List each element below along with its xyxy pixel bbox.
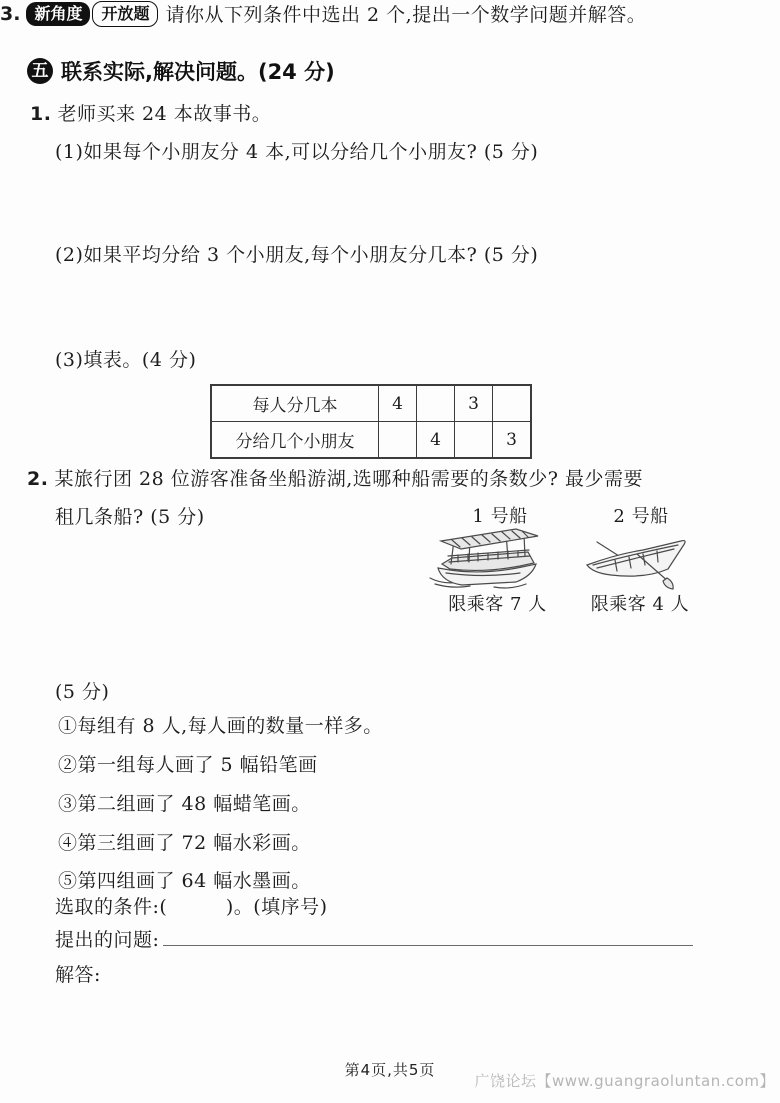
boat-2-label: 2 号船	[596, 504, 686, 530]
condition-item-2: ②第一组每人画了 5 幅铅笔画	[58, 752, 318, 778]
question-3-score: (5 分)	[55, 679, 109, 705]
solution-label: 解答:	[55, 962, 101, 988]
table-cell: 3	[455, 385, 493, 422]
question-3-line-1: 3. 新角度 开放题 请你从下列条件中选出 2 个,提出一个数学问题并解答。	[0, 0, 780, 27]
table-cell-blank	[493, 385, 532, 422]
question-3-number: 3.	[0, 3, 20, 25]
proposed-question-label: 提出的问题:	[55, 929, 159, 951]
worksheet-page: 五 联系实际,解决问题。(24 分) 1.老师买来 24 本故事书。 (1)如果…	[0, 0, 780, 1103]
table-row: 分给几个小朋友 4 3	[211, 422, 531, 459]
boat-1-capacity: 限乘客 7 人	[440, 592, 555, 618]
table-cell: 3	[493, 422, 532, 459]
open-question-badge: 开放题	[92, 1, 158, 27]
table-cell-blank	[455, 422, 493, 459]
selected-conditions-line: 选取的条件:( )。(填序号)	[55, 894, 328, 920]
question-2-text: 某旅行团 28 位游客准备坐船游湖,选哪种船需要的条数少? 最少需要	[54, 468, 643, 490]
table-cell: 4	[379, 385, 417, 422]
new-angle-badge: 新角度	[26, 2, 90, 26]
canopy-boat-drawing	[428, 526, 546, 592]
condition-item-4: ④第三组画了 72 幅水彩画。	[58, 830, 311, 856]
table-row: 每人分几本 4 3	[211, 385, 531, 422]
condition-item-3: ③第二组画了 48 幅蜡笔画。	[58, 791, 311, 817]
condition-item-5: ⑤第四组画了 64 幅水墨画。	[58, 868, 311, 894]
condition-item-1: ①每组有 8 人,每人画的数量一样多。	[58, 713, 383, 739]
table-cell-blank	[379, 422, 417, 459]
section-title: 联系实际,解决问题。(24 分)	[61, 56, 335, 86]
question-2-line-1: 2.某旅行团 28 位游客准备坐船游湖,选哪种船需要的条数少? 最少需要	[27, 466, 643, 492]
canopy-boat-illustration	[428, 526, 546, 596]
question-1-part-1: (1)如果每个小朋友分 4 本,可以分给几个小朋友? (5 分)	[55, 139, 538, 165]
boat-2-capacity: 限乘客 4 人	[585, 592, 695, 618]
table-cell: 4	[417, 422, 455, 459]
answer-blank-line	[163, 926, 693, 946]
question-1-part-3: (3)填表。(4 分)	[55, 347, 196, 373]
question-3-text: 请你从下列条件中选出 2 个,提出一个数学问题并解答。	[165, 0, 646, 27]
proposed-question-line: 提出的问题:	[55, 926, 693, 953]
forum-watermark: 广饶论坛【www.guangraoluntan.com】	[455, 1068, 775, 1094]
rowboat-illustration	[583, 534, 691, 598]
table-row-header: 分给几个小朋友	[211, 422, 379, 459]
question-1-part-2: (2)如果平均分给 3 个小朋友,每个小朋友分几本? (5 分)	[55, 242, 538, 268]
table-cell-blank	[417, 385, 455, 422]
section-header: 五 联系实际,解决问题。(24 分)	[27, 56, 335, 86]
question-1-stem: 1.老师买来 24 本故事书。	[30, 101, 271, 127]
question-2-line-2: 租几条船? (5 分)	[55, 504, 205, 530]
table-row-header: 每人分几本	[211, 385, 379, 422]
question-1-text: 老师买来 24 本故事书。	[57, 103, 271, 125]
section-number-badge: 五	[27, 58, 53, 84]
question-2-number: 2.	[27, 468, 48, 490]
question-1-number: 1.	[30, 103, 51, 125]
fill-in-table: 每人分几本 4 3 分给几个小朋友 4 3	[210, 384, 532, 459]
rowboat-drawing	[583, 534, 691, 594]
